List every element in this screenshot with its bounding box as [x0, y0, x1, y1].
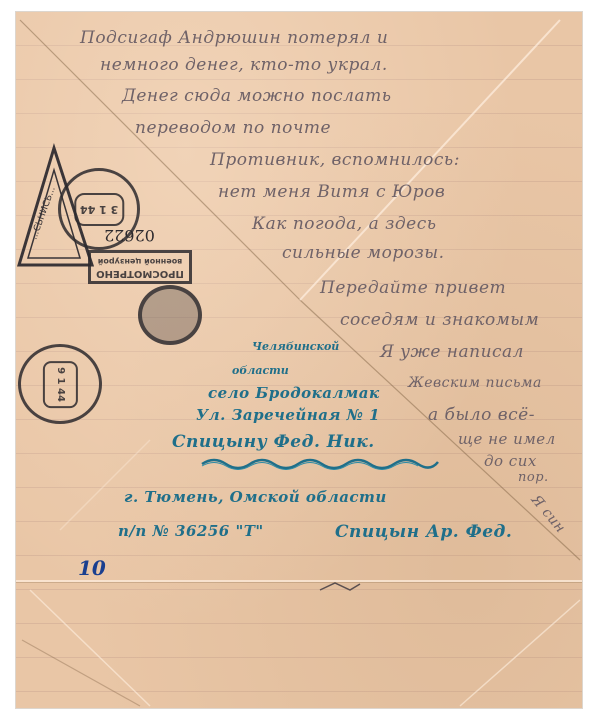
letter-line: переводом по почте: [135, 118, 331, 138]
letter-line: немного денег, кто-то украл.: [100, 55, 388, 75]
recipient-name: Спицыну Фед. Ник.: [172, 432, 375, 452]
postmark-date-2: 9 1 44: [42, 361, 77, 408]
recipient-town: село Бродокалмак: [208, 384, 380, 402]
censor-stamp: ПРОСМОТРЕНО военной цензурой: [88, 250, 192, 284]
letter-line: Как погода, а здесь: [252, 214, 437, 234]
letter-line: пор.: [518, 470, 549, 485]
letter-line: нет меня Витя с Юров: [218, 182, 445, 202]
censor-number: 02622: [104, 226, 155, 245]
letter-line: Я уже написал: [380, 342, 524, 362]
letter-line: Жевским письма: [408, 375, 542, 391]
postmark-stamp-2: 9 1 44: [18, 344, 102, 424]
letter-line: сильные морозы.: [282, 243, 445, 263]
recipient-street: Ул. Заречейная № 1: [196, 406, 380, 424]
letter-line: а было всё-: [428, 405, 535, 425]
sender-city: г. Тюмень, Омской области: [124, 488, 387, 506]
recipient-oblast: области: [232, 364, 289, 377]
letter-line: Подсигаф Андрюшин потерял и: [80, 28, 388, 48]
sender-field-post: п/п № 36256 "Т": [118, 522, 264, 540]
sender-name: Спицын Ар. Фед.: [335, 522, 512, 542]
letter-line: ще не имел: [458, 430, 556, 448]
underline-wave: [200, 454, 440, 470]
horizontal-fold: [16, 580, 582, 582]
recipient-region: Челябинской: [252, 340, 339, 353]
wax-seal: [138, 285, 202, 345]
letter-line: Передайте привет: [320, 278, 506, 298]
letter-line: до сих: [484, 452, 537, 470]
letter-line: Противник, вспомнилось:: [210, 150, 460, 170]
postmark-date: 3 1 44: [74, 193, 124, 226]
number-mark: 10: [78, 556, 106, 580]
letter-line: соседям и знакомым: [340, 310, 539, 330]
letter-line: Денег сюда можно послать: [122, 86, 391, 106]
